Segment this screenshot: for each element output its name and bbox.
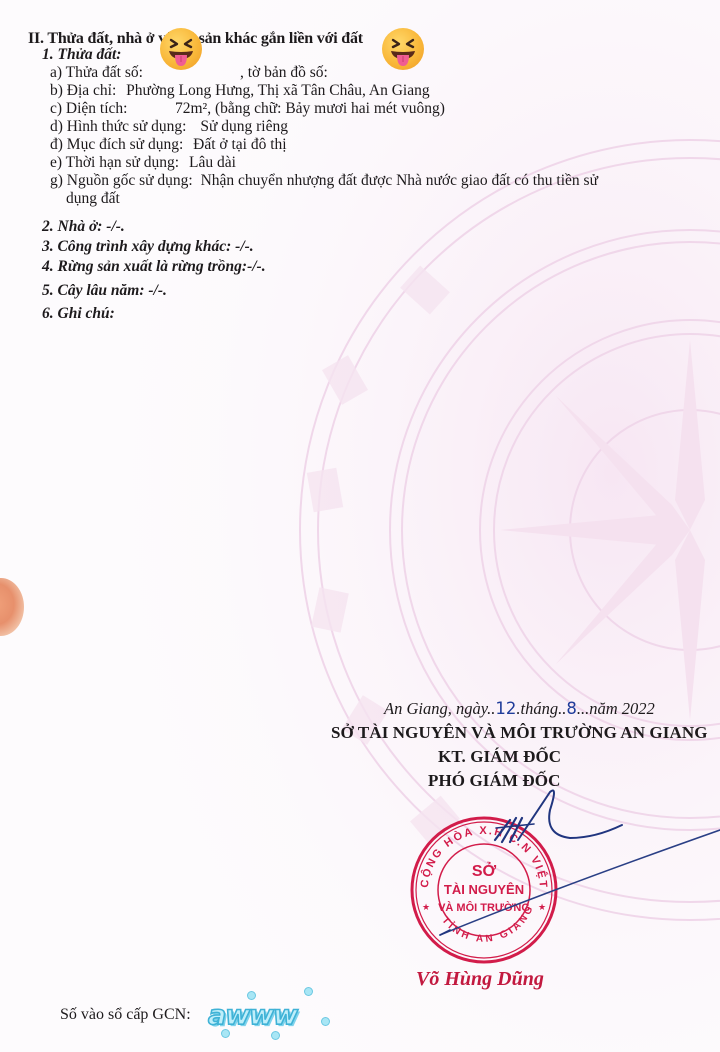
redaction-emoji-map-sheet <box>382 28 424 70</box>
redaction-emoji-parcel-number <box>160 28 202 70</box>
redaction-sticker: awww <box>208 1000 297 1031</box>
on-behalf-title: KT. GIÁM ĐỐC <box>438 748 561 766</box>
house-item: 2. Nhà ở: -/-. <box>42 218 125 236</box>
handwritten-signature <box>400 780 720 950</box>
notes-item: 6. Ghi chú: <box>42 305 115 323</box>
origin-label: g) Nguồn gốc sử dụng: <box>50 172 193 189</box>
agency-name: SỞ TÀI NGUYÊN VÀ MÔI TRƯỜNG AN GIANG <box>331 724 708 742</box>
purpose-row: đ) Mục đích sử dụng: Đất ở tại đô thị <box>50 136 287 154</box>
address-value: Phường Long Hưng, Thị xã Tân Châu, An Gi… <box>126 82 429 99</box>
address-row: b) Địa chỉ: Phường Long Hưng, Thị xã Tân… <box>50 82 430 100</box>
year-label: ...năm 2022 <box>577 699 655 718</box>
perennial-trees-item: 5. Cây lâu năm: -/-. <box>42 282 167 300</box>
term-row: e) Thời hạn sử dụng: Lâu dài <box>50 154 236 172</box>
origin-value-line1: Nhận chuyển nhượng đất được Nhà nước gia… <box>201 172 598 189</box>
term-value: Lâu dài <box>189 154 236 171</box>
squinting-tongue-face-icon <box>382 28 424 70</box>
origin-value-line2: dụng đất <box>66 190 120 208</box>
purpose-label: đ) Mục đích sử dụng: <box>50 136 183 153</box>
parcel-heading: 1. Thửa đất: <box>42 46 121 64</box>
squinting-tongue-face-icon <box>160 28 202 70</box>
other-works-item: 3. Công trình xây dựng khác: -/-. <box>42 238 254 256</box>
usage-form-row: d) Hình thức sử dụng: Sử dụng riêng <box>50 118 288 136</box>
term-label: e) Thời hạn sử dụng: <box>50 154 179 171</box>
address-label: b) Địa chỉ: <box>50 82 116 99</box>
land-certificate-page: II. Thửa đất, nhà ở và tài sản khác gắn … <box>0 0 720 1052</box>
area-label: c) Diện tích: <box>50 100 127 118</box>
parcel-number-label: a) Thửa đất số: <box>50 64 143 82</box>
map-sheet-label: , tờ bản đồ số: <box>240 64 328 82</box>
production-forest-item: 4. Rừng sản xuất là rừng trồng:-/-. <box>42 258 266 276</box>
usage-form-label: d) Hình thức sử dụng: <box>50 118 187 135</box>
handwritten-day: 12 <box>495 699 516 718</box>
date-prefix: An Giang, ngày.. <box>384 699 495 718</box>
handwritten-month: 8 <box>566 699 577 718</box>
gcn-number-label: Số vào sổ cấp GCN: <box>60 1006 191 1024</box>
purpose-value: Đất ở tại đô thị <box>193 136 286 153</box>
place-date: An Giang, ngày..12.tháng..8...năm 2022 <box>384 700 655 718</box>
area-value: 72m², (bằng chữ: Bảy mươi hai mét vuông) <box>175 100 445 118</box>
origin-row: g) Nguồn gốc sử dụng: Nhận chuyển nhượng… <box>50 172 598 190</box>
month-label: .tháng.. <box>516 699 566 718</box>
usage-form-value: Sử dụng riêng <box>200 118 288 135</box>
signer-name: Võ Hùng Dũng <box>416 970 544 988</box>
